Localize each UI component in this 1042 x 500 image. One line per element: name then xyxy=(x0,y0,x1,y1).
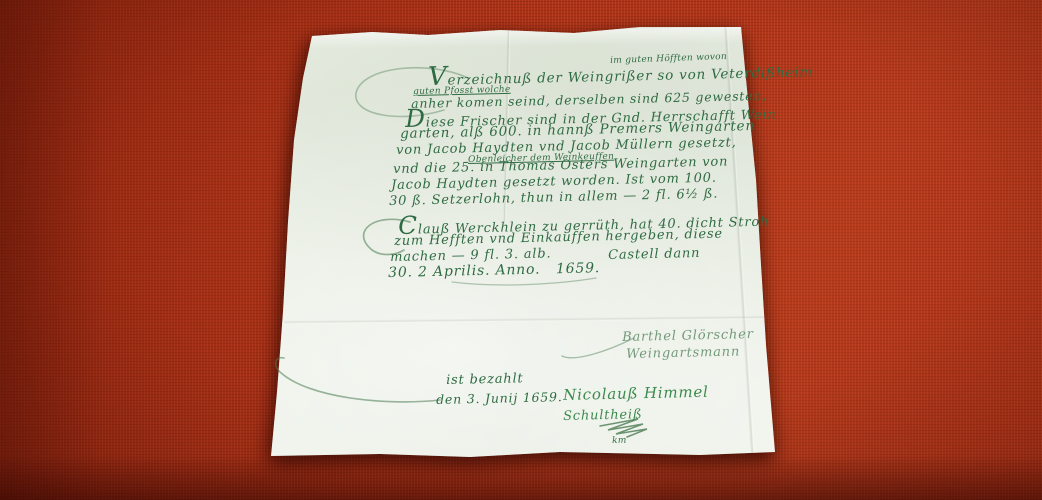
place-line: Castell dann xyxy=(608,247,700,262)
signature-name-line: Barthel Glörscher xyxy=(622,328,754,344)
photo-scene: Verzeichnuß der Weingrißer so von Veterd… xyxy=(0,0,1042,500)
date-line: 30. 2 Aprilis. Anno. 1659. xyxy=(388,261,600,280)
payment-date-line: den 3. Junij 1659. xyxy=(436,391,563,406)
handwriting-layer: Verzeichnuß der Weingrißer so von Veterd… xyxy=(0,0,1042,500)
signature-title-line: Weingartsmann xyxy=(626,345,740,361)
payment-note-line: ist bezahlt xyxy=(446,372,524,387)
initials-mark: km xyxy=(612,437,627,446)
clerk-title-line: Schultheiß xyxy=(563,408,643,423)
clerk-name-line: Nicolauß Himmel xyxy=(563,385,709,403)
